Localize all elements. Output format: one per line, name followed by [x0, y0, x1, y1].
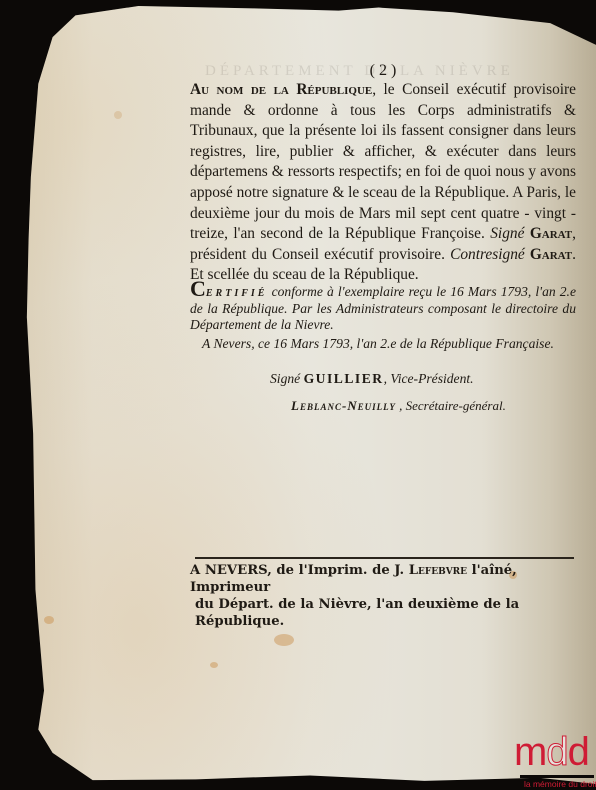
signatory-title: , Secrétaire-général.	[396, 398, 506, 413]
logo-letter: m	[514, 730, 546, 774]
signatory-name: GUILLIER	[304, 371, 384, 386]
signature-vice-president: Signé GUILLIER, Vice-Président.	[270, 371, 474, 387]
decree-paragraph: Au nom de la République, le Conseil exéc…	[190, 80, 576, 286]
imprint-line-2: du Départ. de la Nièvre, l'an deuxième d…	[190, 596, 576, 630]
certification-block: Certifié conforme à l'exemplaire reçu le…	[190, 281, 576, 352]
certification-paragraph: Certifié conforme à l'exemplaire reçu le…	[190, 281, 576, 334]
logo-letter: d	[568, 730, 589, 774]
logo-underline	[520, 775, 594, 778]
divider-rule	[195, 557, 574, 559]
drop-cap: C	[190, 276, 206, 301]
foxing-stain	[274, 634, 294, 646]
logo-tagline: la mémoire du droit	[524, 779, 596, 789]
foxing-stain	[210, 662, 218, 668]
mdd-watermark-logo: mdd la mémoire du droit	[512, 732, 596, 790]
decree-opening: Au nom de la République	[190, 81, 372, 98]
decree-text-1: , le Conseil exécutif provisoire mande &…	[190, 81, 576, 242]
signature-secretary: Leblanc-Neuilly , Secrétaire-général.	[291, 398, 506, 414]
signatory-name: Leblanc-Neuilly	[291, 398, 396, 413]
signe-label: Signé	[270, 371, 304, 386]
mdd-logo-icon: mdd	[514, 732, 589, 772]
foxing-stain	[44, 616, 54, 624]
signe-label: Signé	[490, 225, 524, 242]
logo-letter: d	[546, 730, 567, 774]
foxing-stain	[114, 111, 122, 119]
imprint-text: A NEVERS, de l'Imprim. de J.	[190, 563, 409, 578]
signatory-garat-2: Garat	[525, 246, 572, 263]
signatory-title: , Vice-Président.	[384, 371, 474, 386]
nevers-date-paragraph: A Nevers, ce 16 Mars 1793, l'an 2.e de l…	[190, 336, 576, 353]
signatory-garat: Garat	[524, 225, 572, 242]
imprint-line-1: A NEVERS, de l'Imprim. de J. Lefebvre l'…	[190, 562, 576, 596]
certifie-word: ertifié	[206, 284, 268, 299]
printer-imprint: A NEVERS, de l'Imprim. de J. Lefebvre l'…	[190, 562, 576, 630]
printer-name: Lefebvre	[409, 563, 467, 578]
page-number: ( 2 )	[190, 62, 576, 80]
contresigne-label: Contresigné	[450, 246, 525, 263]
